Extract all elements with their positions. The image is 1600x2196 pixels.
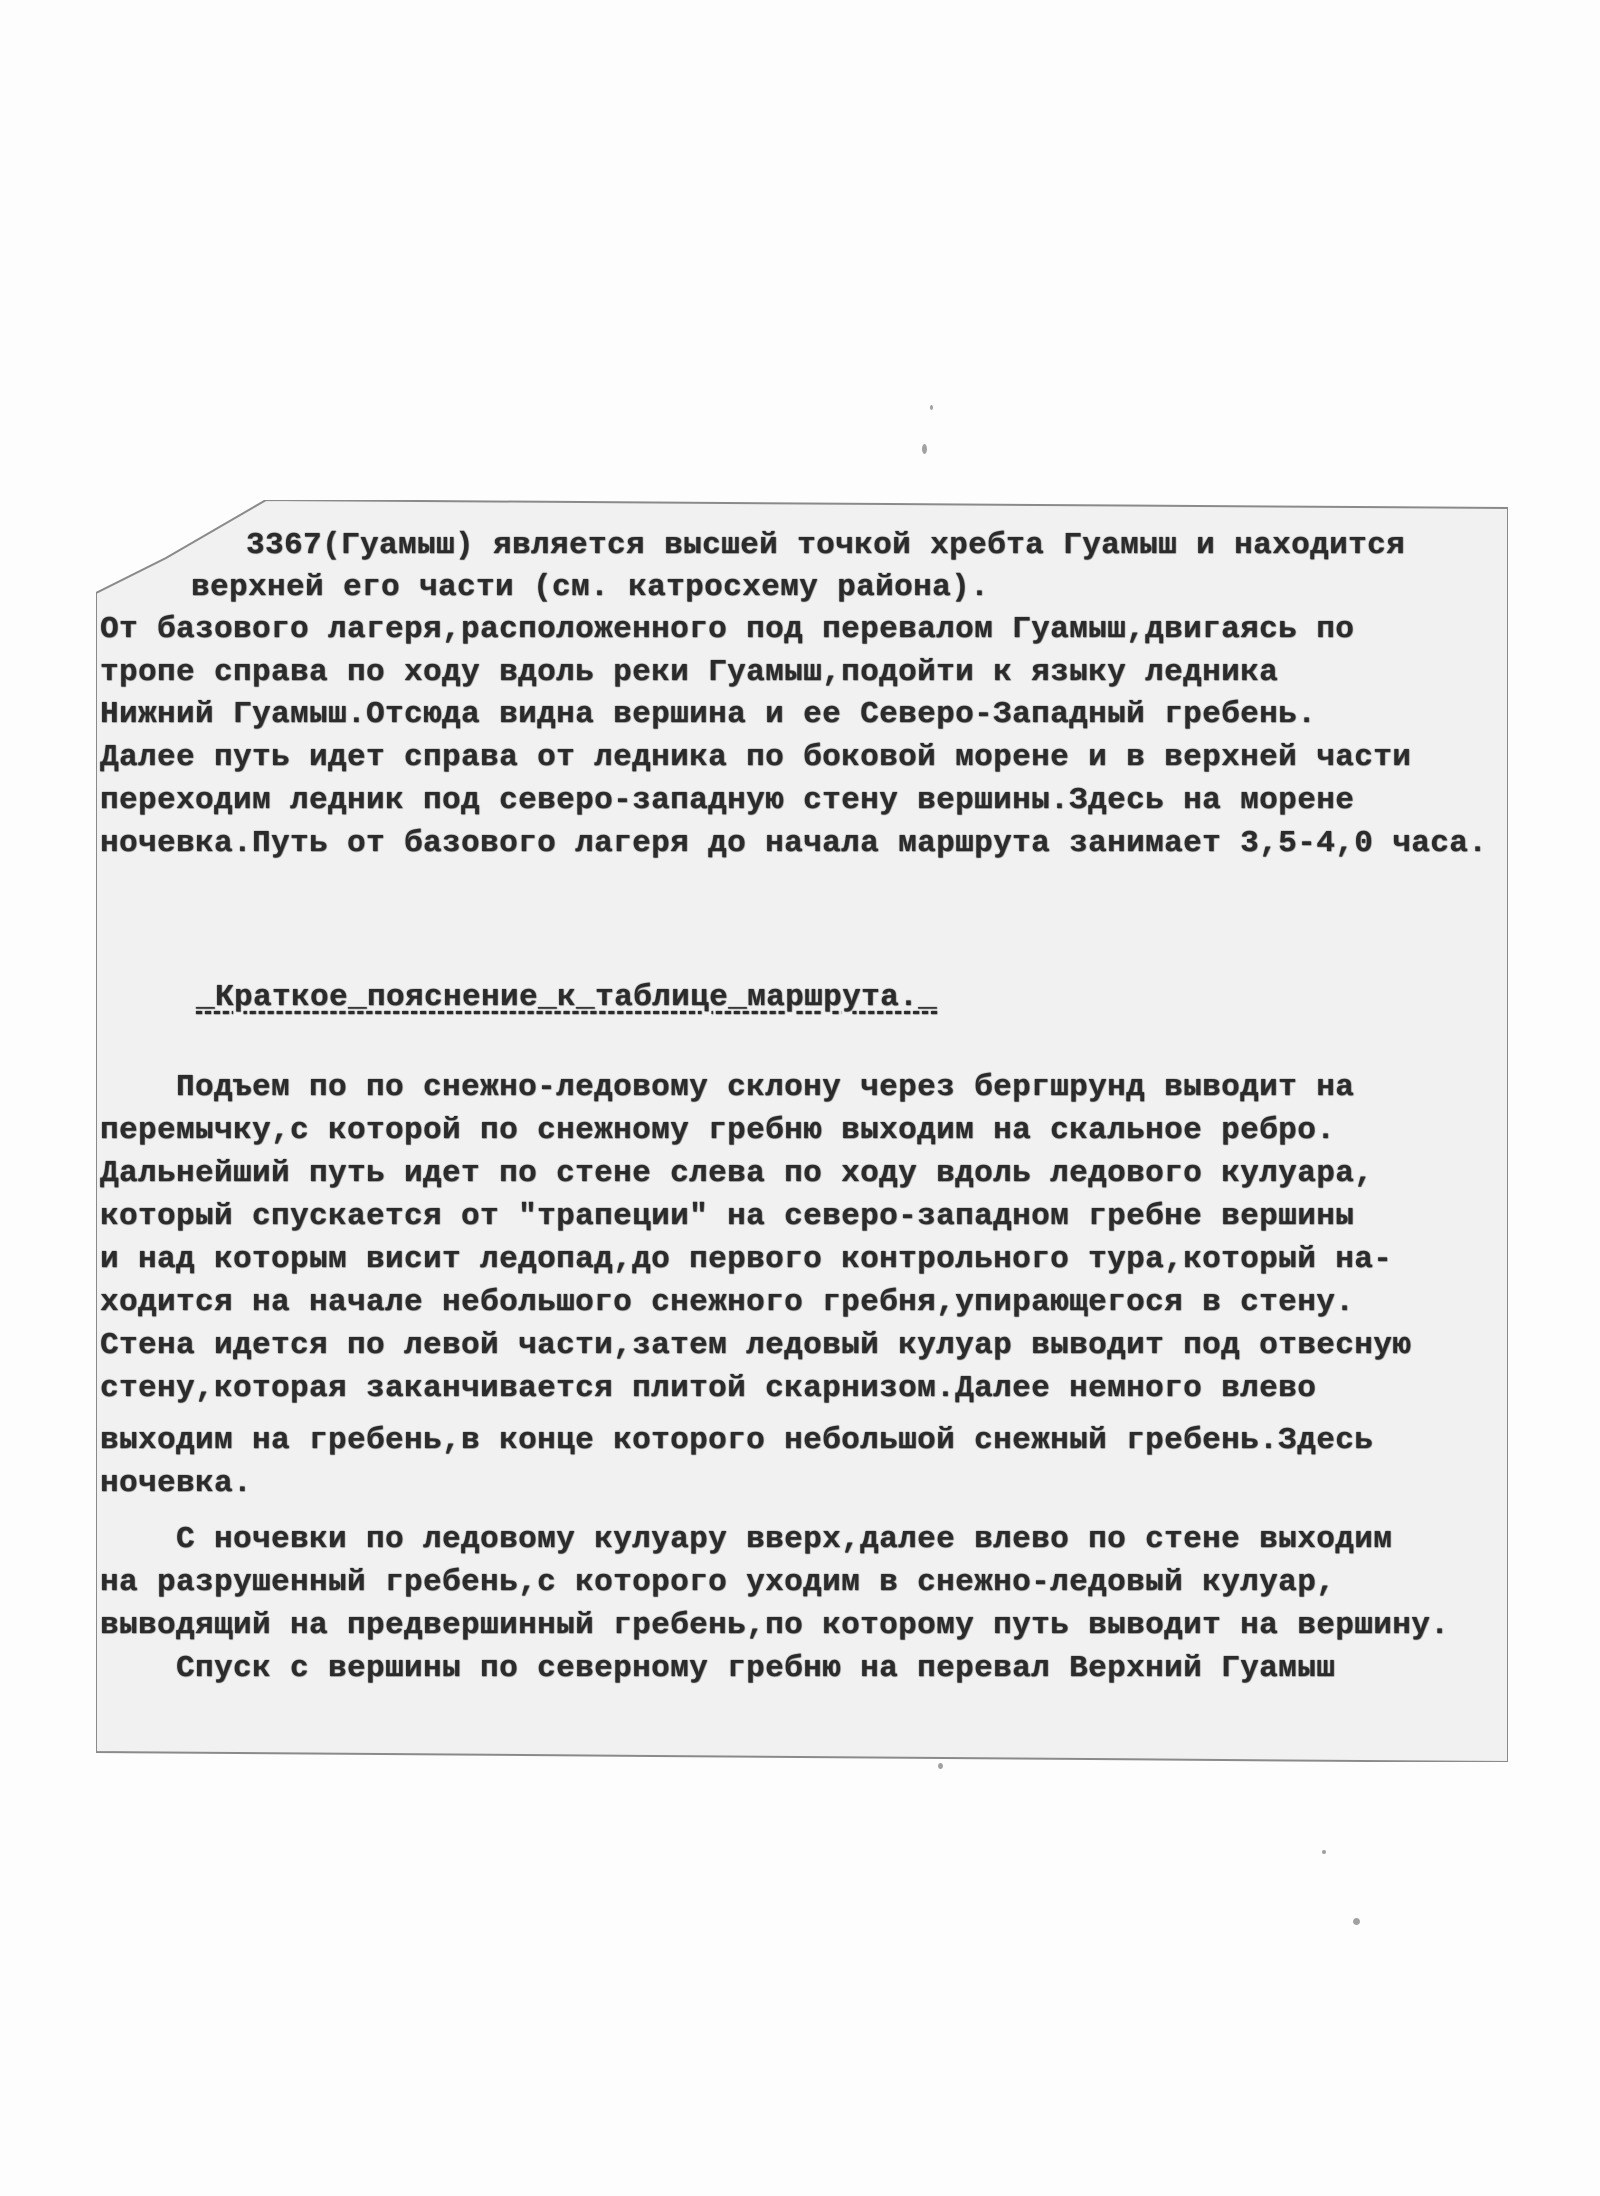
body-line: С ночевки по ледовому кулуару вверх,дале… <box>100 1522 1392 1557</box>
body-line: стену,которая заканчивается плитой скарн… <box>100 1371 1316 1406</box>
body-line: Стена идется по левой части,затем ледовы… <box>100 1328 1411 1363</box>
scan-speck <box>1353 1918 1360 1925</box>
body-line: перемычку,с которой по снежному гребню в… <box>100 1113 1335 1148</box>
intro-line: ночевка.Путь от базового лагеря до начал… <box>100 826 1487 861</box>
section-heading: _Краткое_пояснение_к_таблице_маршрута._ <box>196 980 937 1015</box>
body-line: Спуск с вершины по северному гребню на п… <box>100 1651 1335 1686</box>
body-line: выходим на гребень,в конце которого небо… <box>100 1423 1373 1458</box>
body-line: и над которым висит ледопад,до первого к… <box>100 1242 1392 1277</box>
body-line: Подъем по по снежно-ледовому склону чере… <box>100 1070 1354 1105</box>
body-line: ночевка. <box>100 1466 252 1501</box>
typewritten-clipping: 3367(Гуамыш) является высшей точкой хреб… <box>96 500 1508 1762</box>
intro-line: 3367(Гуамыш) является высшей точкой хреб… <box>246 528 1405 563</box>
intro-line: верхней его части (см. катросхему района… <box>191 570 989 605</box>
scan-speck <box>938 1763 943 1769</box>
intro-line: От базового лагеря,расположенного под пе… <box>100 612 1354 647</box>
intro-line: тропе справа по ходу вдоль реки Гуамыш,п… <box>100 655 1278 690</box>
intro-line: переходим ледник под северо-западную сте… <box>100 783 1354 818</box>
scan-speck <box>1322 1850 1326 1854</box>
scan-speck <box>922 444 927 454</box>
scan-speck <box>930 405 933 410</box>
body-line: выводящий на предвершинный гребень,по ко… <box>100 1608 1449 1643</box>
intro-line: Нижний Гуамыш.Отсюда видна вершина и ее … <box>100 697 1316 732</box>
intro-line: Далее путь идет справа от ледника по бок… <box>100 740 1411 775</box>
body-line: ходится на начале небольшого снежного гр… <box>100 1285 1354 1320</box>
body-line: который спускается от "трапеции" на севе… <box>100 1199 1354 1234</box>
body-line: Дальнейший путь идет по стене слева по х… <box>100 1156 1373 1191</box>
body-line: на разрушенный гребень,с которого уходим… <box>100 1565 1335 1600</box>
